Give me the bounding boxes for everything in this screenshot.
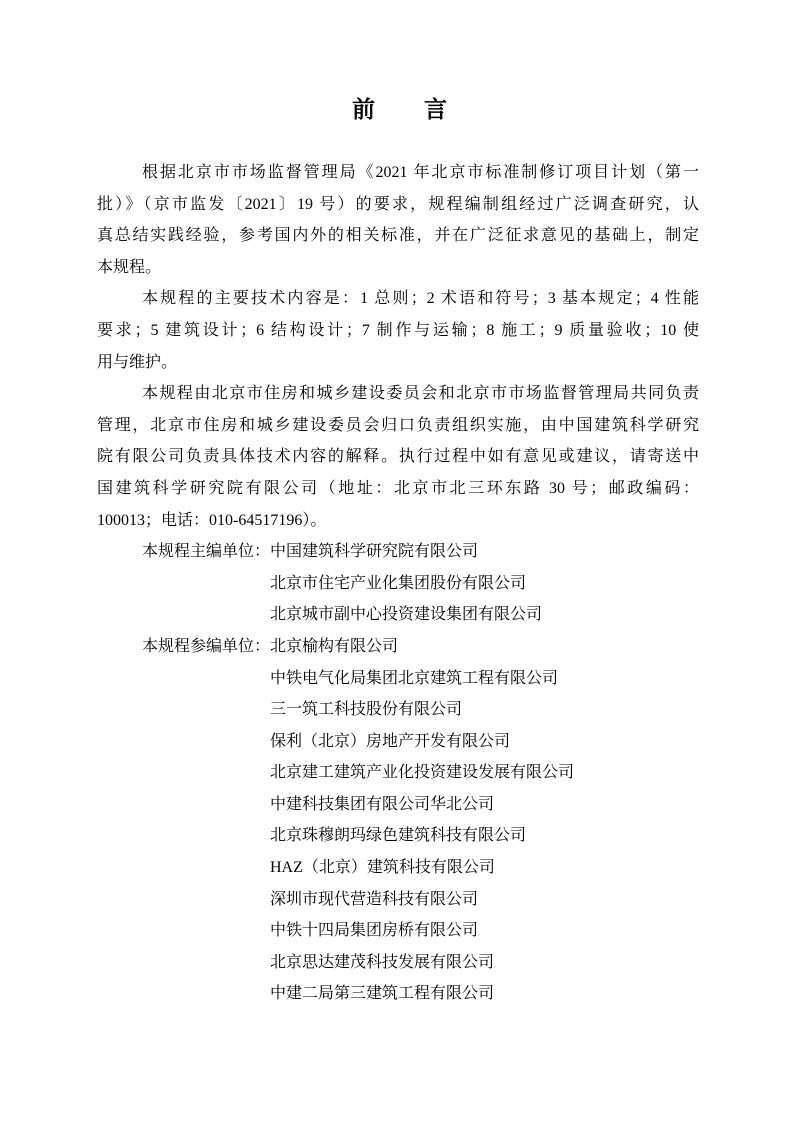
- organization-name: 北京市住宅产业化集团股份有限公司: [270, 568, 699, 600]
- paragraph-line: 用与维护。: [97, 347, 699, 379]
- paragraph: 本规程由北京市住房和城乡建设委员会和北京市市场监督管理局共同负责 管理，北京市住…: [97, 378, 699, 536]
- empty-label: [142, 915, 270, 947]
- chief-editor-label: 本规程主编单位：: [142, 536, 270, 568]
- participating-editors-label: 本规程参编单位：: [142, 631, 270, 663]
- organization-name: 中铁十四局集团房桥有限公司: [270, 915, 699, 947]
- editor-row: 北京市住宅产业化集团股份有限公司: [97, 568, 699, 600]
- paragraph-line: 本规程。: [97, 252, 699, 284]
- organization-name: 北京榆构有限公司: [270, 631, 699, 663]
- paragraph-line: 院有限公司负责具体技术内容的解释。执行过程中如有意见或建议，请寄送中: [97, 441, 699, 473]
- organization-name: 中铁电气化局集团北京建筑工程有限公司: [270, 663, 699, 695]
- organization-name: HAZ（北京）建筑科技有限公司: [270, 852, 699, 884]
- empty-label: [142, 947, 270, 979]
- organization-name: 中建科技集团有限公司华北公司: [270, 789, 699, 821]
- document-page: 前 言 根据北京市市场监督管理局《2021 年北京市标准制修订项目计划（第一 批…: [0, 0, 800, 1133]
- empty-label: [142, 663, 270, 695]
- empty-label: [142, 568, 270, 600]
- organization-name: 北京珠穆朗玛绿色建筑科技有限公司: [270, 820, 699, 852]
- empty-label: [142, 757, 270, 789]
- editor-row: 保利（北京）房地产开发有限公司: [97, 726, 699, 758]
- empty-label: [142, 599, 270, 631]
- paragraph-line: 管理，北京市住房和城乡建设委员会归口负责组织实施，由中国建筑科学研究: [97, 410, 699, 442]
- editor-row: HAZ（北京）建筑科技有限公司: [97, 852, 699, 884]
- empty-label: [142, 789, 270, 821]
- editor-row: 本规程参编单位： 北京榆构有限公司: [97, 631, 699, 663]
- paragraph-line: 根据北京市市场监督管理局《2021 年北京市标准制修订项目计划（第一: [97, 157, 699, 189]
- empty-label: [142, 694, 270, 726]
- empty-label: [142, 978, 270, 1010]
- document-body: 根据北京市市场监督管理局《2021 年北京市标准制修订项目计划（第一 批）》（京…: [97, 157, 699, 1010]
- chief-editor-section: 本规程主编单位： 中国建筑科学研究院有限公司 北京市住宅产业化集团股份有限公司 …: [97, 536, 699, 631]
- organization-name: 保利（北京）房地产开发有限公司: [270, 726, 699, 758]
- editor-row: 中建科技集团有限公司华北公司: [97, 789, 699, 821]
- empty-label: [142, 884, 270, 916]
- editor-row: 北京建工建筑产业化投资建设发展有限公司: [97, 757, 699, 789]
- editor-row: 三一筑工科技股份有限公司: [97, 694, 699, 726]
- editor-row: 中建二局第三建筑工程有限公司: [97, 978, 699, 1010]
- editor-row: 中铁电气化局集团北京建筑工程有限公司: [97, 663, 699, 695]
- organization-name: 中建二局第三建筑工程有限公司: [270, 978, 699, 1010]
- participating-editors-section: 本规程参编单位： 北京榆构有限公司 中铁电气化局集团北京建筑工程有限公司 三一筑…: [97, 631, 699, 1010]
- organization-name: 三一筑工科技股份有限公司: [270, 694, 699, 726]
- editor-row: 北京思达建茂科技发展有限公司: [97, 947, 699, 979]
- paragraph: 根据北京市市场监督管理局《2021 年北京市标准制修订项目计划（第一 批）》（京…: [97, 157, 699, 283]
- organization-name: 北京城市副中心投资建设集团有限公司: [270, 599, 699, 631]
- editor-row: 中铁十四局集团房桥有限公司: [97, 915, 699, 947]
- empty-label: [142, 820, 270, 852]
- editor-row: 北京珠穆朗玛绿色建筑科技有限公司: [97, 820, 699, 852]
- paragraph-line: 本规程由北京市住房和城乡建设委员会和北京市市场监督管理局共同负责: [97, 378, 699, 410]
- paragraph-line: 真总结实践经验，参考国内外的相关标准，并在广泛征求意见的基础上，制定: [97, 220, 699, 252]
- editor-row: 深圳市现代营造科技有限公司: [97, 884, 699, 916]
- paragraph-line: 国建筑科学研究院有限公司（地址：北京市北三环东路 30 号；邮政编码：: [97, 473, 699, 505]
- page-title: 前 言: [0, 94, 800, 124]
- paragraph-line: 要求；5 建筑设计；6 结构设计；7 制作与运输；8 施工；9 质量验收；10 …: [97, 315, 699, 347]
- empty-label: [142, 726, 270, 758]
- paragraph-line: 批）》（京市监发〔2021〕19 号）的要求，规程编制组经过广泛调查研究，认: [97, 189, 699, 221]
- organization-name: 深圳市现代营造科技有限公司: [270, 884, 699, 916]
- empty-label: [142, 852, 270, 884]
- organization-name: 中国建筑科学研究院有限公司: [270, 536, 699, 568]
- editor-row: 本规程主编单位： 中国建筑科学研究院有限公司: [97, 536, 699, 568]
- paragraph-line: 100013；电话：010-64517196）。: [97, 505, 699, 537]
- paragraph-line: 本规程的主要技术内容是：1 总则；2 术语和符号；3 基本规定；4 性能: [97, 283, 699, 315]
- organization-name: 北京思达建茂科技发展有限公司: [270, 947, 699, 979]
- editor-row: 北京城市副中心投资建设集团有限公司: [97, 599, 699, 631]
- paragraph: 本规程的主要技术内容是：1 总则；2 术语和符号；3 基本规定；4 性能 要求；…: [97, 283, 699, 378]
- organization-name: 北京建工建筑产业化投资建设发展有限公司: [270, 757, 699, 789]
